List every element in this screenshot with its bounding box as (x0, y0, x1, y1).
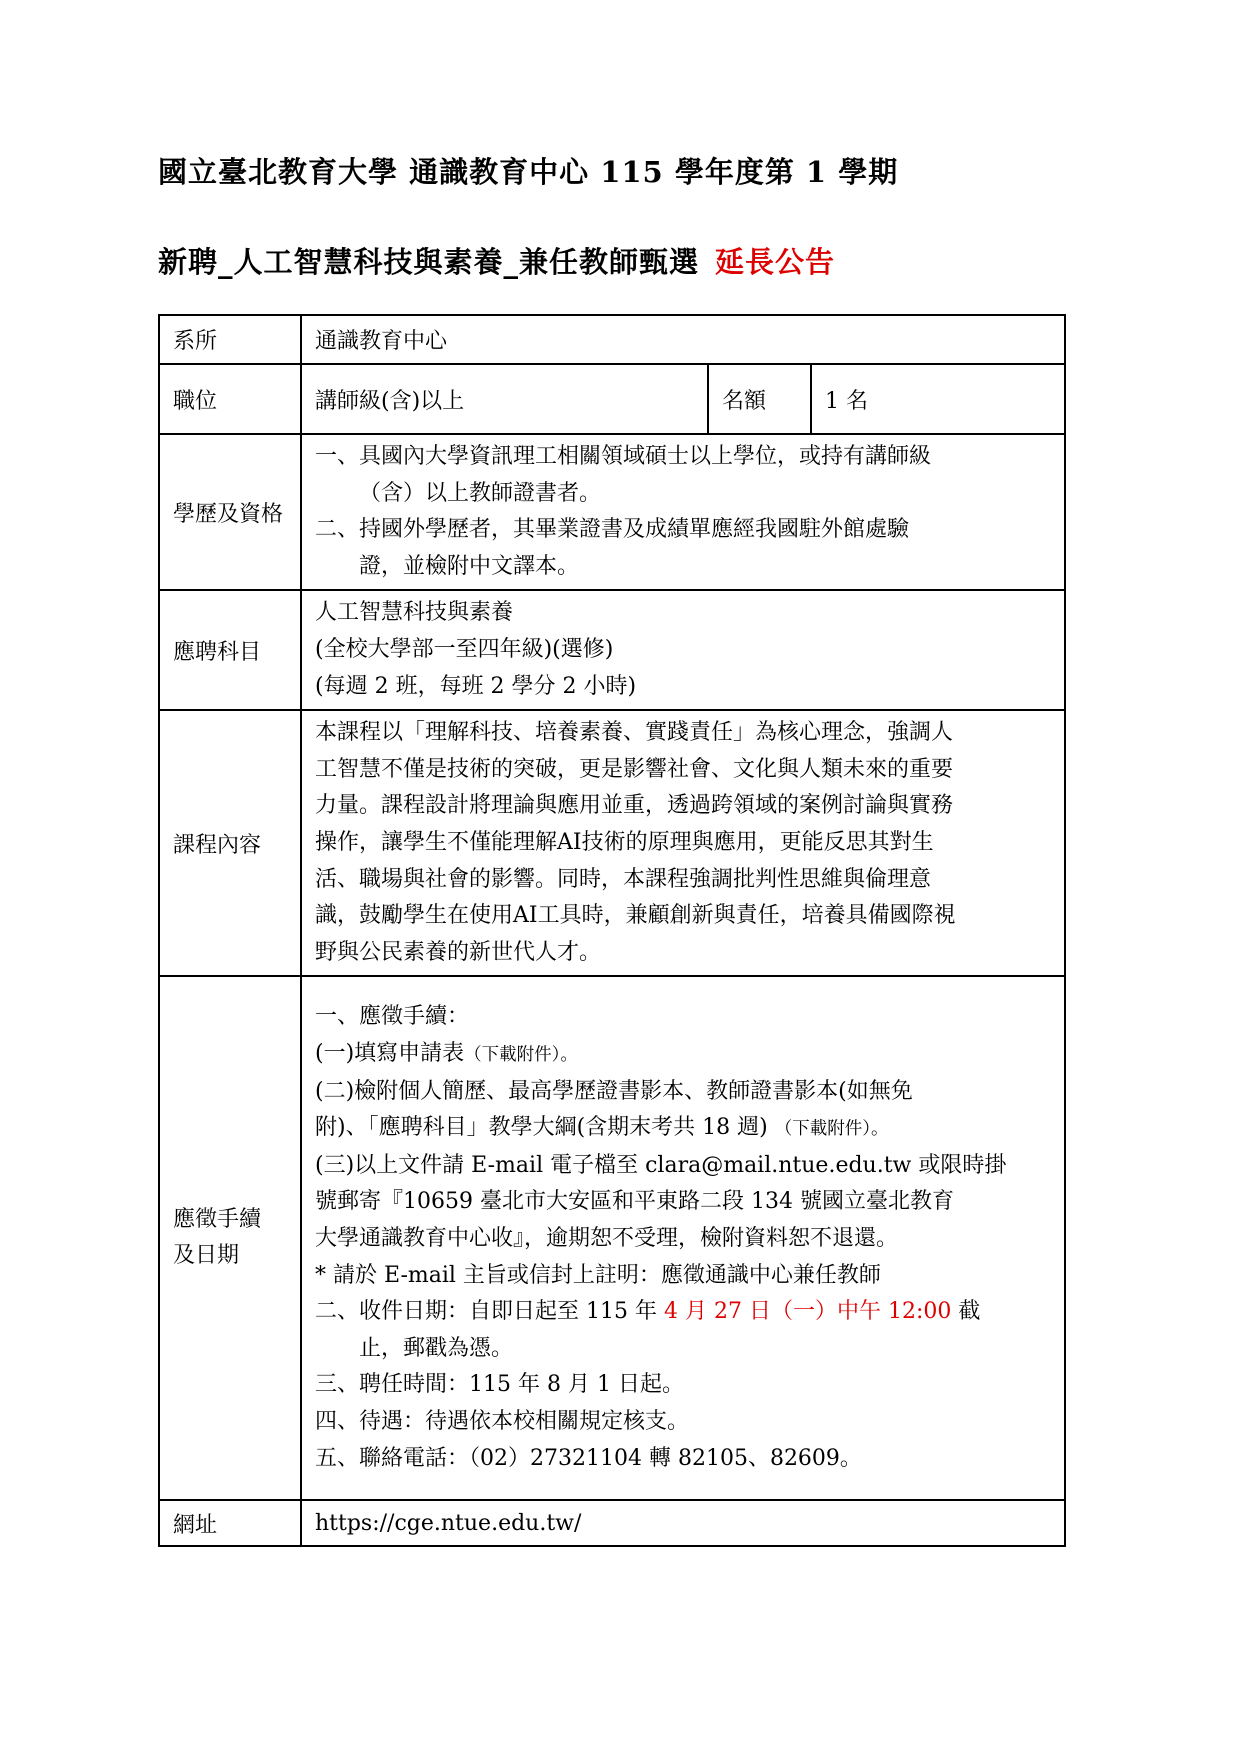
text-line: (二)檢附個人簡歷、最高學歷證書影本、教師證書影本(如無免 (315, 1074, 1056, 1111)
text-line: 人工智慧科技與素養 (315, 595, 1056, 632)
text-line: （含）以上教師證書者。 (315, 476, 1056, 513)
extension-notice: 延長公告 (715, 245, 835, 279)
course-content-label: 課程內容 (159, 710, 301, 976)
text-line: 號郵寄『10659 臺北市大安區和平東路二段 134 號國立臺北教育 (315, 1184, 1056, 1221)
procedure-value: 一、應徵手續： (一)填寫申請表（下載附件）。 (二)檢附個人簡歷、最高學歷證書… (301, 976, 1065, 1500)
text-line: 野與公民素養的新世代人才。 (315, 935, 1056, 972)
text-line: 證，並檢附中文譯本。 (315, 549, 1056, 586)
department-label: 系所 (159, 315, 301, 364)
subject-row: 應聘科目 人工智慧科技與素養 (全校大學部一至四年級)(選修) (每週 2 班，… (159, 590, 1065, 710)
text-line: 識，鼓勵學生在使用AI工具時，兼顧創新與責任，培養具備國際視 (315, 898, 1056, 935)
text-line: (每週 2 班，每班 2 學分 2 小時) (315, 669, 1056, 706)
text-line: (三)以上文件請 E-mail 電子檔至 clara@mail.ntue.edu… (315, 1148, 1056, 1185)
quota-label: 名額 (708, 364, 811, 434)
deadline-line: 二、收件日期：自即日起至 115 年 4 月 27 日（一）中午 12:00 截 (315, 1294, 1056, 1331)
attachment-note: （下載附件）。 (464, 1045, 578, 1065)
announcement-document: 國立臺北教育大學 通識教育中心 115 學年度第 1 學期 新聘_人工智慧科技與… (158, 150, 1064, 1547)
document-page: 國立臺北教育大學 通識教育中心 115 學年度第 1 學期 新聘_人工智慧科技與… (0, 0, 1241, 1755)
text-line: (全校大學部一至四年級)(選修) (315, 632, 1056, 669)
text-line: 三、聘任時間：115 年 8 月 1 日起。 (315, 1367, 1056, 1404)
doc-title-line2: 新聘_人工智慧科技與素養_兼任教師甄選延長公告 (158, 240, 1064, 281)
doc-title-line1: 國立臺北教育大學 通識教育中心 115 學年度第 1 學期 (158, 150, 1064, 191)
text-line: 工智慧不僅是技術的突破，更是影響社會、文化與人類未來的重要 (315, 752, 1056, 789)
website-url: https://cge.ntue.edu.tw/ (301, 1500, 1065, 1546)
qualification-label: 學歷及資格 (159, 434, 301, 590)
website-label: 網址 (159, 1500, 301, 1546)
text-line: 活、職場與社會的影響。同時，本課程強調批判性思維與倫理意 (315, 862, 1056, 899)
subject-value: 人工智慧科技與素養 (全校大學部一至四年級)(選修) (每週 2 班，每班 2 … (301, 590, 1065, 710)
text-line: 一、具國內大學資訊理工相關領域碩士以上學位，或持有講師級 (315, 439, 1056, 476)
procedure-label-line2: 及日期 (173, 1238, 292, 1275)
course-content-value: 本課程以「理解科技、培養素養、實踐責任」為核心理念，強調人 工智慧不僅是技術的突… (301, 710, 1065, 976)
position-row: 職位 講師級(含)以上 名額 1 名 (159, 364, 1065, 434)
qualification-row: 學歷及資格 一、具國內大學資訊理工相關領域碩士以上學位，或持有講師級 （含）以上… (159, 434, 1065, 590)
text-line: (一)填寫申請表（下載附件）。 (315, 1036, 1056, 1074)
procedure-row: 應徵手續 及日期 一、應徵手續： (一)填寫申請表（下載附件）。 (二)檢附個人… (159, 976, 1065, 1500)
text-line: 附)、「應聘科目」教學大綱(含期末考共 18 週) （下載附件）。 (315, 1110, 1056, 1148)
subject-label: 應聘科目 (159, 590, 301, 710)
doc-title-line2-text: 新聘_人工智慧科技與素養_兼任教師甄選 (158, 245, 699, 279)
course-content-row: 課程內容 本課程以「理解科技、培養素養、實踐責任」為核心理念，強調人 工智慧不僅… (159, 710, 1065, 976)
recruitment-table: 系所 通識教育中心 職位 講師級(含)以上 名額 1 名 學歷及資格 一、具國內… (158, 314, 1066, 1547)
text-line: * 請於 E-mail 主旨或信封上註明：應徵通識中心兼任教師 (315, 1258, 1056, 1295)
text-line: 五、聯絡電話：（02）27321104 轉 82105、82609。 (315, 1441, 1056, 1478)
procedure-label: 應徵手續 及日期 (159, 976, 301, 1500)
qualification-value: 一、具國內大學資訊理工相關領域碩士以上學位，或持有講師級 （含）以上教師證書者。… (301, 434, 1065, 590)
quota-value: 1 名 (811, 364, 1065, 434)
text-line: 四、待遇：待遇依本校相關規定核支。 (315, 1404, 1056, 1441)
deadline-highlight: 4 月 27 日（一）中午 12:00 (664, 1299, 951, 1324)
text-line: 二、持國外學歷者，其畢業證書及成績單應經我國駐外館處驗 (315, 512, 1056, 549)
procedure-label-line1: 應徵手續 (173, 1202, 292, 1239)
text-line: 一、應徵手續： (315, 999, 1056, 1036)
department-row: 系所 通識教育中心 (159, 315, 1065, 364)
website-row: 網址 https://cge.ntue.edu.tw/ (159, 1500, 1065, 1546)
text-line: 力量。課程設計將理論與應用並重，透過跨領域的案例討論與實務 (315, 788, 1056, 825)
position-value: 講師級(含)以上 (301, 364, 708, 434)
position-label: 職位 (159, 364, 301, 434)
text-line: 止，郵戳為憑。 (315, 1331, 1056, 1368)
text-line: 本課程以「理解科技、培養素養、實踐責任」為核心理念，強調人 (315, 715, 1056, 752)
department-value: 通識教育中心 (301, 315, 1065, 364)
text-line: 操作，讓學生不僅能理解AI技術的原理與應用，更能反思其對生 (315, 825, 1056, 862)
text-line: 大學通識教育中心收』，逾期恕不受理，檢附資料恕不退還。 (315, 1221, 1056, 1258)
attachment-note: （下載附件）。 (775, 1119, 889, 1139)
